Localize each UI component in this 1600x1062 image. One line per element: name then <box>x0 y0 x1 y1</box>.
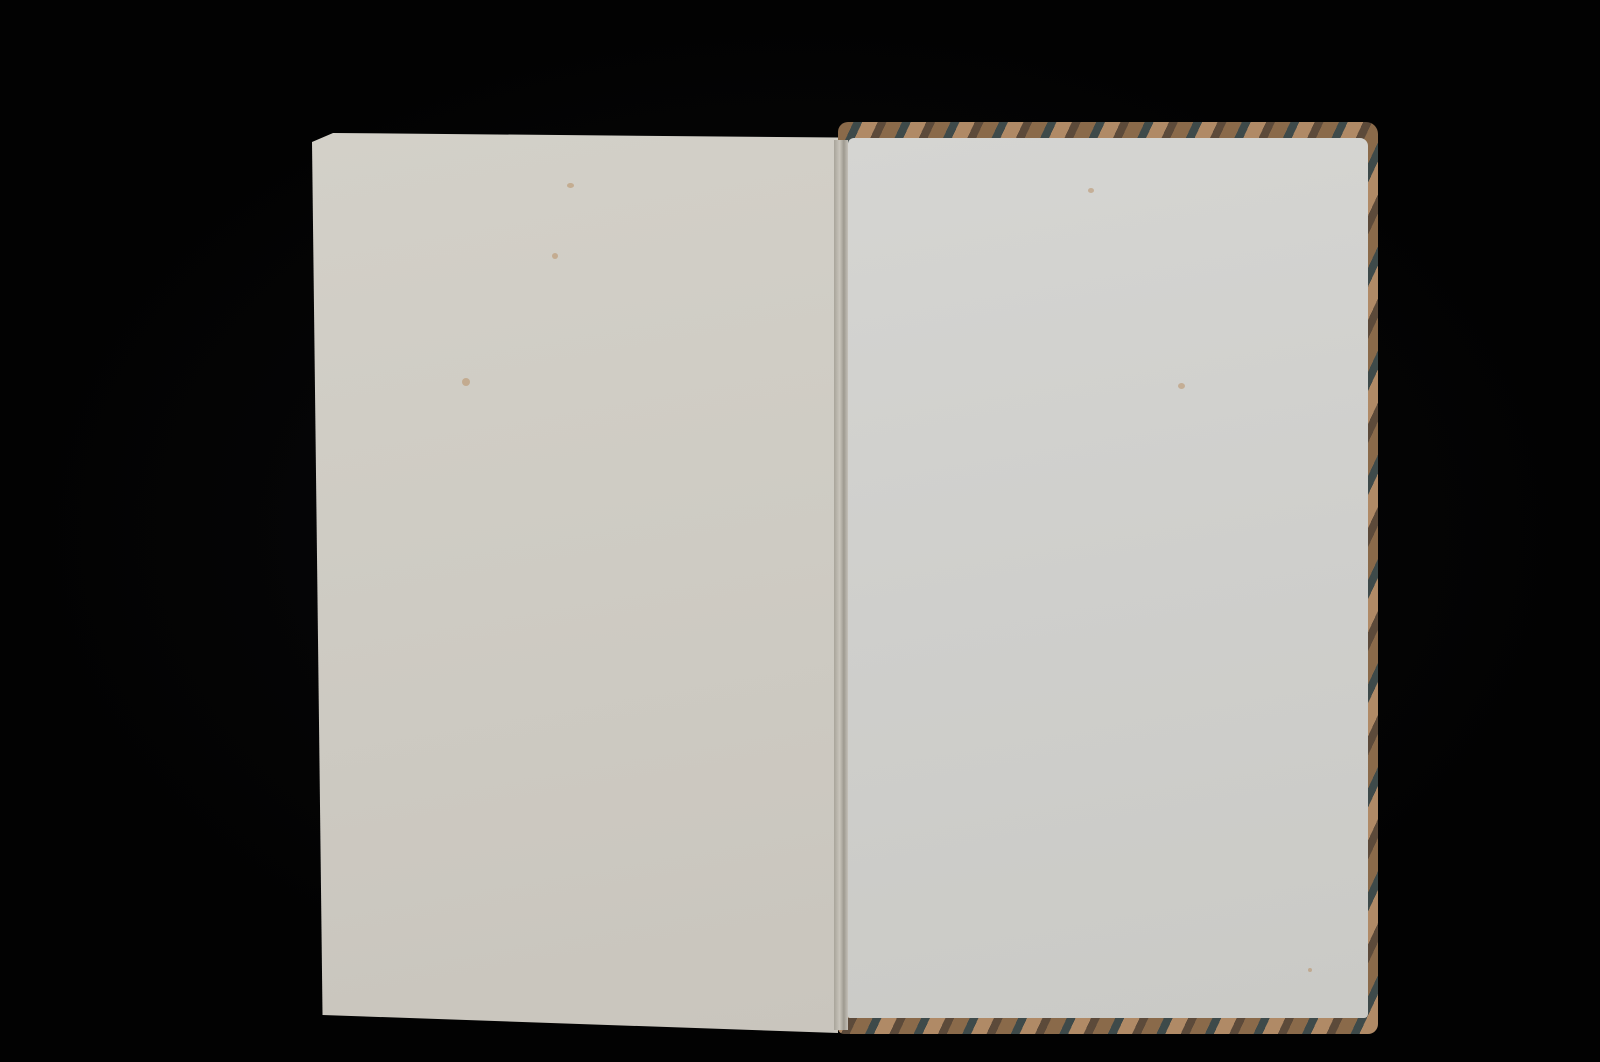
right-blank-page <box>848 138 1368 1018</box>
book-gutter <box>834 140 848 1030</box>
foxing-spot <box>462 378 470 386</box>
foxing-spot <box>1178 383 1185 389</box>
foxing-spot <box>567 183 574 188</box>
foxing-spot <box>552 253 558 259</box>
foxing-spot <box>1308 968 1312 972</box>
left-blank-page <box>312 133 838 1033</box>
black-background <box>0 0 1600 1062</box>
foxing-spot <box>1088 188 1094 193</box>
